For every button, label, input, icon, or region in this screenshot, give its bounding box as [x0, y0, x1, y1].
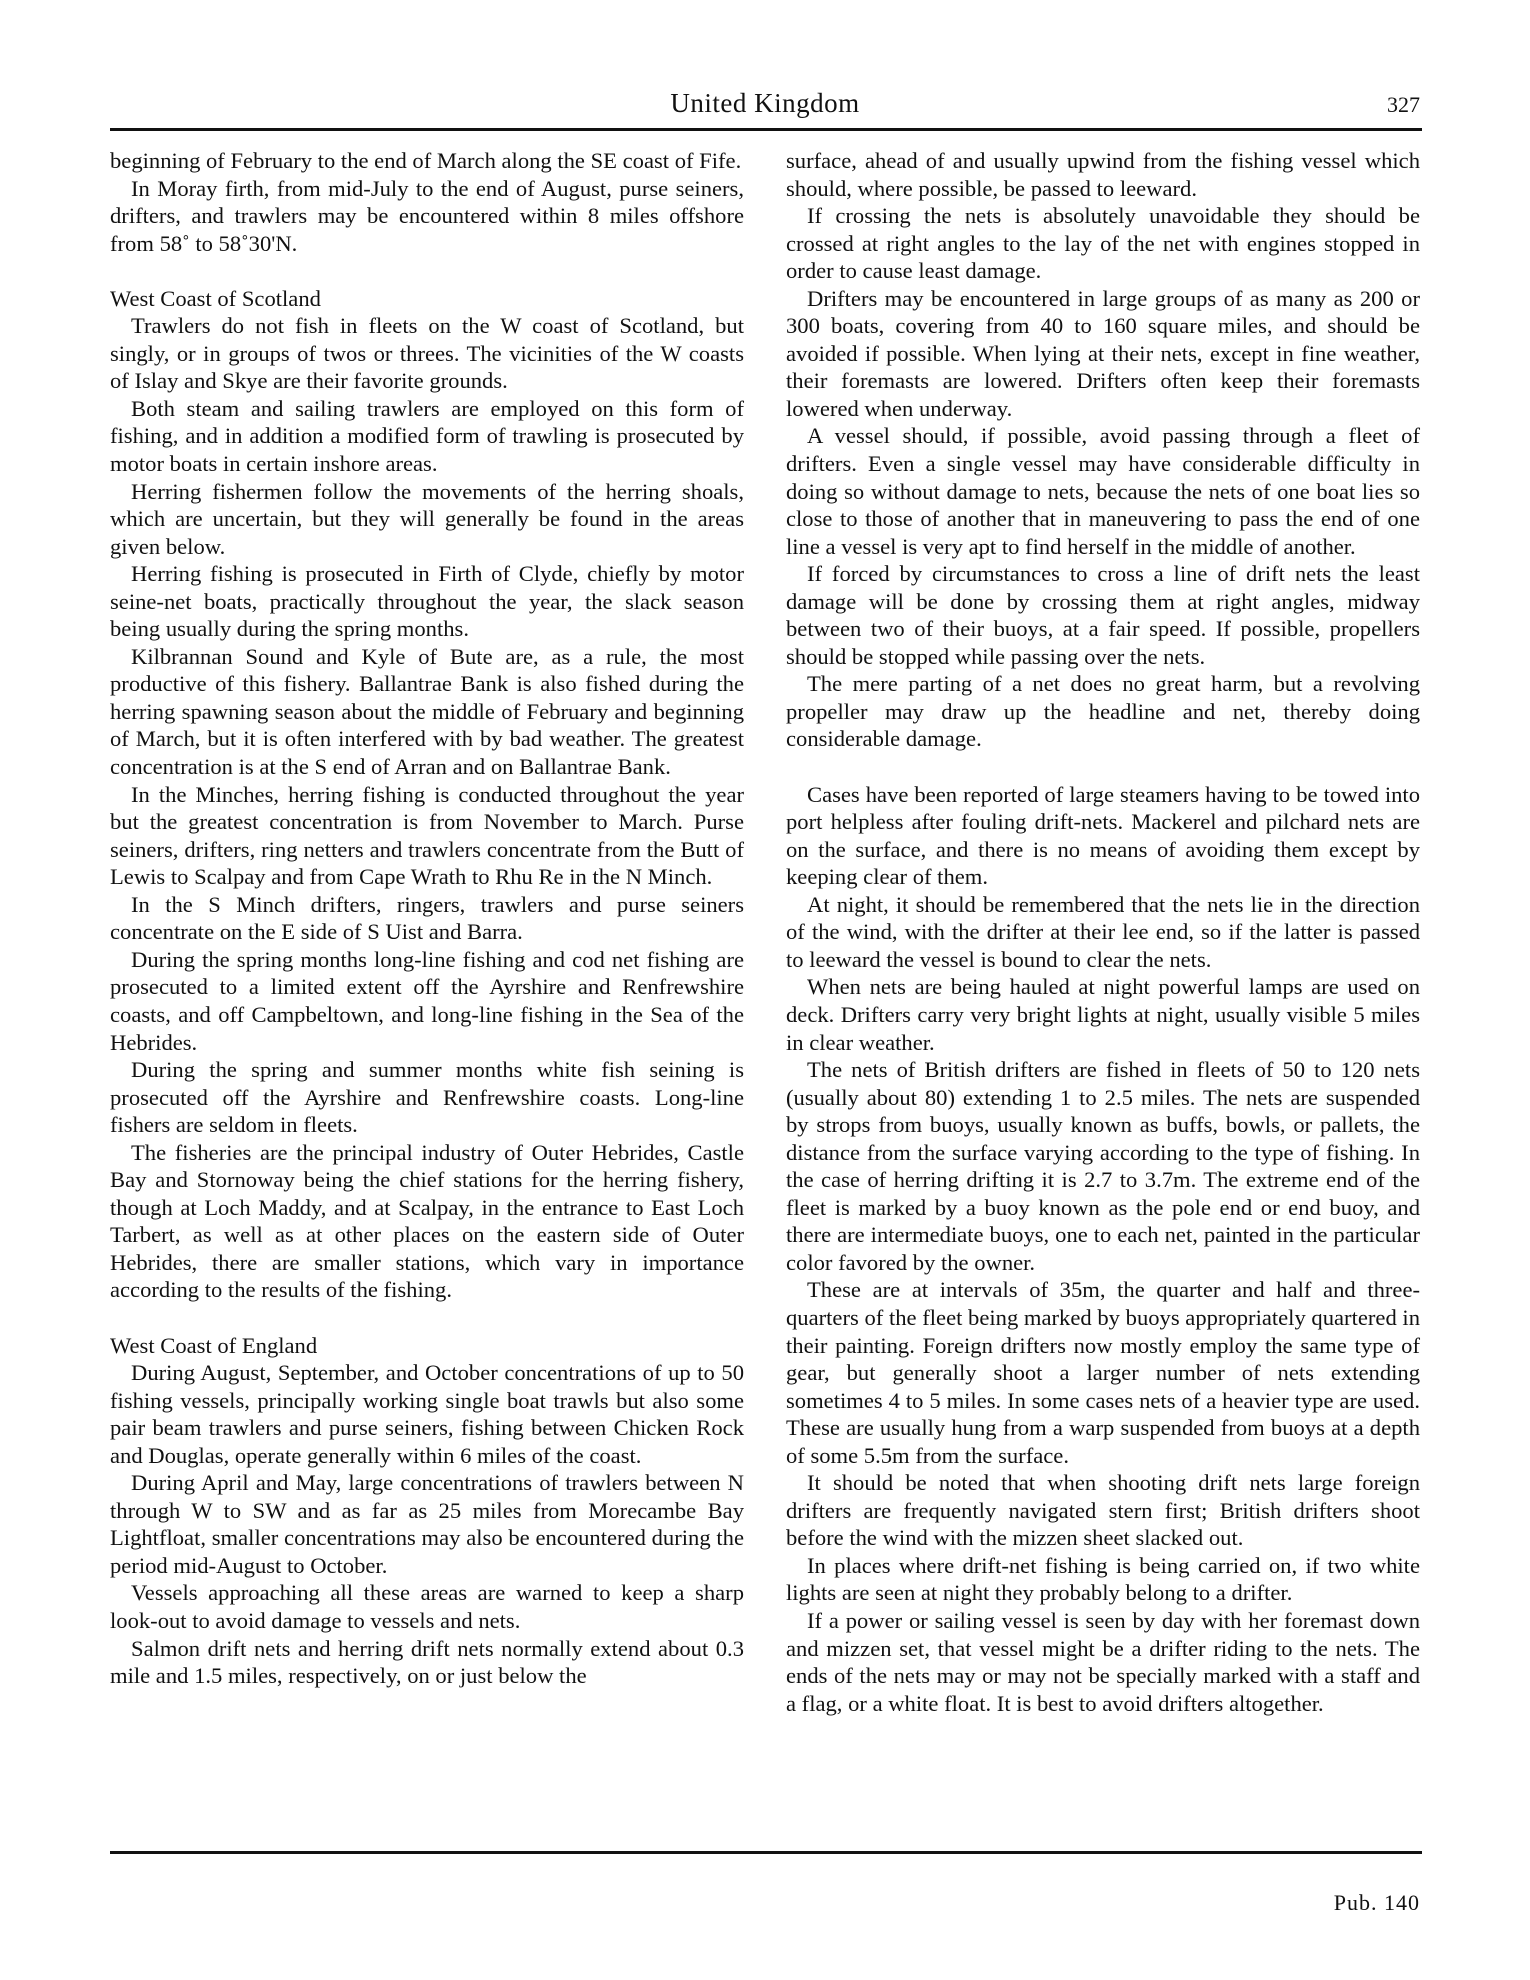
- paragraph: If crossing the nets is absolutely unavo…: [786, 202, 1420, 285]
- paragraph: Cases have been reported of large steame…: [786, 781, 1420, 891]
- paragraph: When nets are being hauled at night powe…: [786, 973, 1420, 1056]
- publication-label: Pub. 140: [1334, 1888, 1420, 1918]
- page-title: United Kingdom: [110, 86, 1420, 120]
- right-column: surface, ahead of and usually upwind fro…: [786, 147, 1420, 1717]
- section-heading-west-coast-england: West Coast of England: [110, 1332, 744, 1360]
- paragraph: At night, it should be remembered that t…: [786, 891, 1420, 974]
- left-column: beginning of February to the end of Marc…: [110, 147, 744, 1690]
- page-header: United Kingdom 327: [110, 86, 1420, 124]
- paragraph: beginning of February to the end of Marc…: [110, 147, 744, 175]
- paragraph: If forced by circumstances to cross a li…: [786, 560, 1420, 670]
- paragraph: The nets of British drifters are fished …: [786, 1056, 1420, 1276]
- paragraph: Herring fishermen follow the movements o…: [110, 478, 744, 561]
- paragraph: Drifters may be encountered in large gro…: [786, 285, 1420, 423]
- footer-rule: [110, 1851, 1422, 1854]
- paragraph: In the Minches, herring fishing is condu…: [110, 781, 744, 891]
- paragraph: If a power or sailing vessel is seen by …: [786, 1607, 1420, 1717]
- paragraph: A vessel should, if possible, avoid pass…: [786, 422, 1420, 560]
- page-number: 327: [1387, 90, 1420, 120]
- paragraph-spacer: [786, 753, 1420, 781]
- paragraph: Both steam and sailing trawlers are empl…: [110, 395, 744, 478]
- paragraph: During April and May, large concentratio…: [110, 1469, 744, 1579]
- paragraph: In places where drift-net fishing is bei…: [786, 1552, 1420, 1607]
- paragraph: During August, September, and October co…: [110, 1359, 744, 1469]
- paragraph: Vessels approaching all these areas are …: [110, 1579, 744, 1634]
- paragraph: Kilbrannan Sound and Kyle of Bute are, a…: [110, 643, 744, 781]
- paragraph: During the spring and summer months whit…: [110, 1056, 744, 1139]
- paragraph: The mere parting of a net does no great …: [786, 670, 1420, 753]
- paragraph: In Moray firth, from mid-July to the end…: [110, 175, 744, 258]
- paragraph: Salmon drift nets and herring drift nets…: [110, 1635, 744, 1690]
- paragraph: surface, ahead of and usually upwind fro…: [786, 147, 1420, 202]
- paragraph: It should be noted that when shooting dr…: [786, 1469, 1420, 1552]
- paragraph: These are at intervals of 35m, the quart…: [786, 1276, 1420, 1469]
- header-rule: [110, 128, 1422, 131]
- paragraph: In the S Minch drifters, ringers, trawle…: [110, 891, 744, 946]
- paragraph: The fisheries are the principal industry…: [110, 1139, 744, 1304]
- paragraph: During the spring months long-line fishi…: [110, 946, 744, 1056]
- paragraph: Trawlers do not fish in fleets on the W …: [110, 312, 744, 395]
- section-heading-west-coast-scotland: West Coast of Scotland: [110, 285, 744, 313]
- paragraph: Herring fishing is prosecuted in Firth o…: [110, 560, 744, 643]
